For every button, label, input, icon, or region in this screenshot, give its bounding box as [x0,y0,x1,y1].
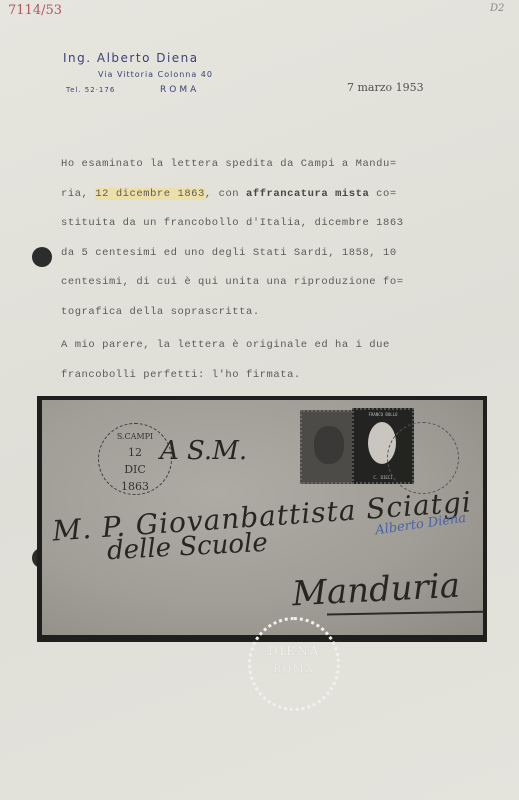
stamp-italy-5c-icon [300,410,360,484]
body-line: stituita da un francobollo d'Italia, dic… [61,209,501,239]
stamp-top-text: FRANCO BOLLO [354,412,412,417]
address-line: A S.M. [160,436,247,466]
postmark-year: 1863 [99,481,171,492]
text: da 5 centesimi ed uno degli Stati Sardi,… [61,247,397,259]
text: centesimi, di cui è qui unita una riprod… [61,276,404,288]
king-portrait-icon [314,426,344,464]
seal-city: ROMA [251,664,337,675]
body-line: francobolli perfetti: l'ho firmata. [61,361,501,391]
body-line: da 5 centesimi ed uno degli Stati Sardi,… [61,239,501,269]
text: francobolli perfetti: l'ho firmata. [61,369,301,381]
text: co= [369,188,396,200]
text: stituita da un francobollo d'Italia, dic… [61,217,404,229]
text: A mio parere, la lettera è originale ed … [61,339,390,351]
letter-date: 7 marzo 1953 [347,81,424,94]
body-line: A mio parere, la lettera è originale ed … [61,331,501,361]
text: , con [205,188,246,200]
text: ria, [61,188,95,200]
letterhead-telephone: Tel. 52·176 [66,86,115,94]
letterhead-address: Via Vittoria Colonna 40 [98,70,213,79]
seal-name: DIENA [251,644,337,658]
postmark-on-stamp [387,422,459,494]
body-line: centesimi, di cui è qui unita una riprod… [61,268,501,298]
embossed-seal: DIENA ROMA [248,617,340,711]
punch-hole-icon [32,247,52,267]
text: Ho esaminato la lettera spedita da Campi… [61,158,397,170]
certificate-body: Ho esaminato la lettera spedita da Campi… [61,150,501,390]
reference-number: 7114/53 [8,3,62,18]
letterhead-name: Ing. Alberto Diena [63,51,199,65]
corner-mark: D2 [490,3,504,14]
letterhead-city: ROMA [160,85,199,95]
bold-phrase: affrancatura mista [246,188,369,200]
certificate-page: 7114/53 D2 Ing. Alberto Diena Via Vittor… [0,0,519,800]
address-line: Manduria [291,566,461,615]
body-line: Ho esaminato la lettera spedita da Campi… [61,150,501,180]
body-line: ria, 12 dicembre 1863, con affrancatura … [61,180,501,210]
text: tografica della soprascritta. [61,306,260,318]
highlighted-date: 12 dicembre 1863 [95,188,205,200]
body-line: tografica della soprascritta. [61,298,501,328]
